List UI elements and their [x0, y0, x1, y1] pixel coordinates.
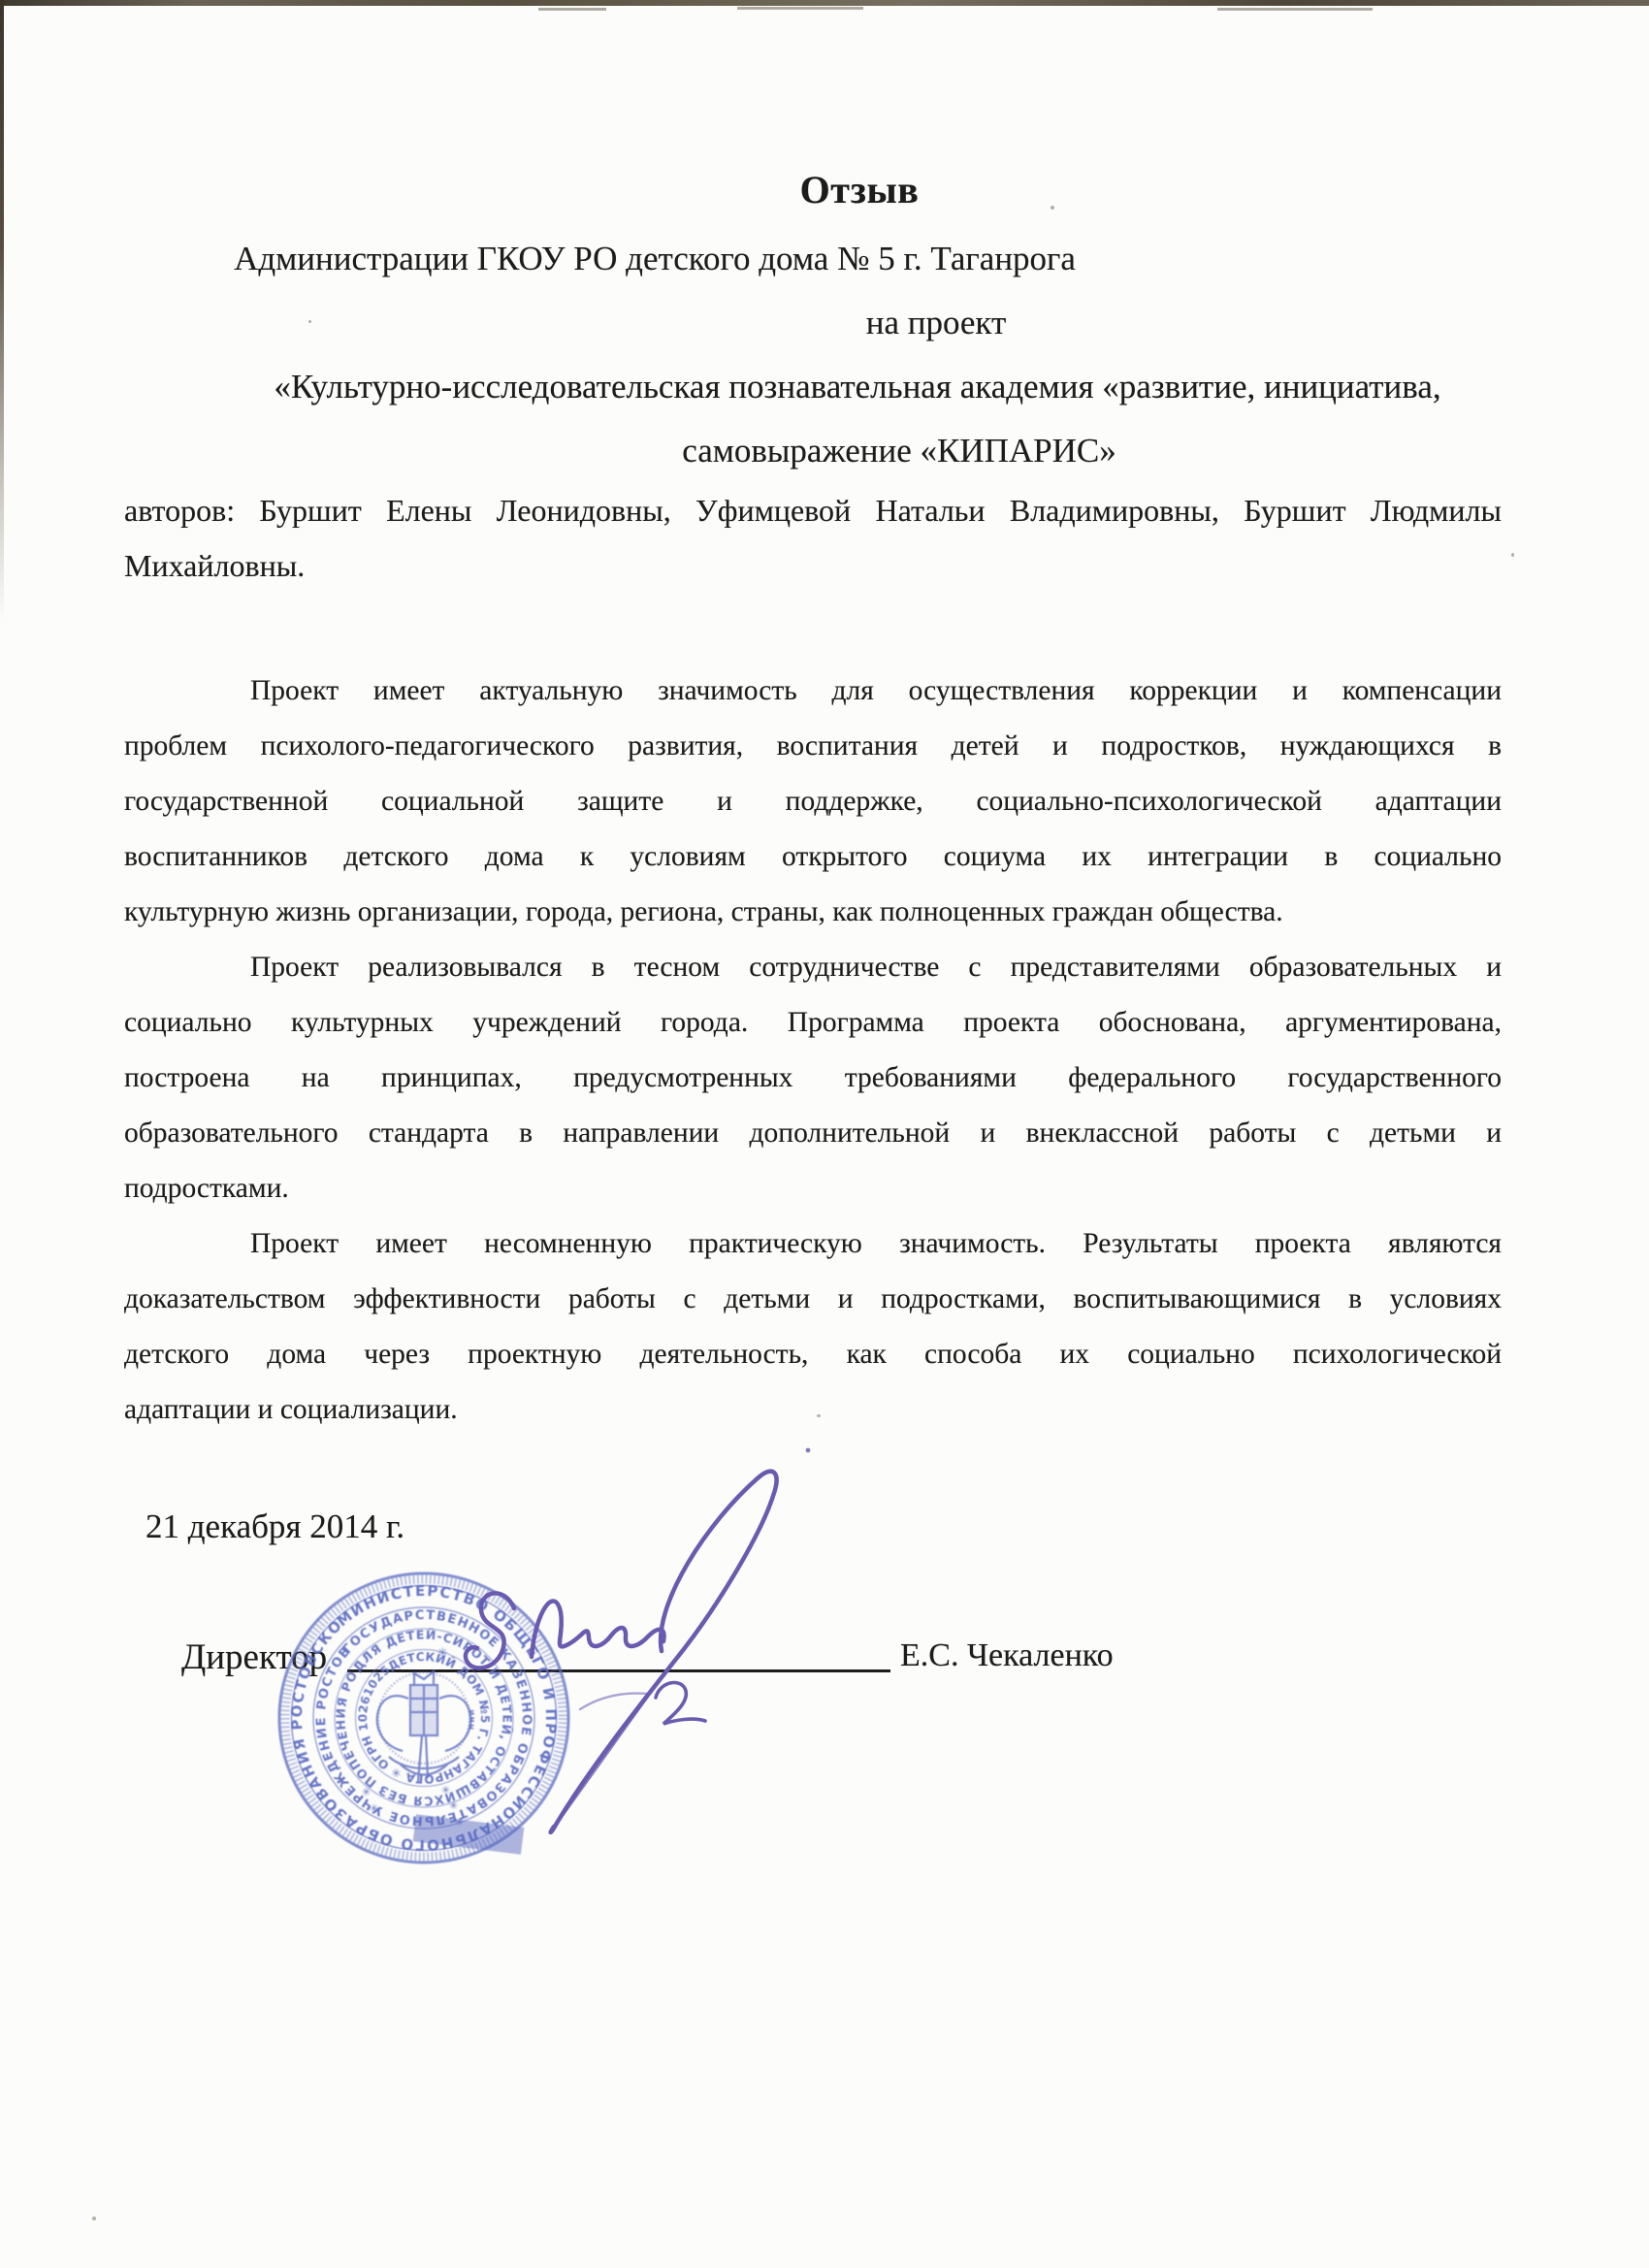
- paragraph-line: детского дома через проектную деятельнос…: [124, 1327, 1502, 1382]
- authors-line: авторов: Буршит Елены Леонидовны, Уфимце…: [124, 483, 1502, 538]
- header-line-project-title-2: самовыражение «КИПАРИС»: [210, 434, 1588, 469]
- stamp-asterisk: ✳: [370, 1802, 378, 1815]
- paragraph-line: образовательного стандарта в направлении…: [124, 1106, 1502, 1161]
- scan-artifact: [737, 7, 863, 10]
- paragraph-line: подростками.: [124, 1161, 1502, 1216]
- header-line-subject: на проект: [247, 306, 1625, 340]
- paragraph-line: построена на принципах, предусмотренных …: [124, 1051, 1502, 1106]
- scanned-review-page: Отзыв Администрации ГКОУ РО детского дом…: [0, 0, 1649, 2268]
- signature-capital-letter: [466, 1593, 514, 1668]
- paragraph-2: Проект реализовывался в тесном сотруднич…: [124, 940, 1502, 1216]
- scan-artifact: [1217, 8, 1373, 11]
- signature-flourish-2: [656, 1683, 705, 1724]
- scan-edge-left: [0, 0, 4, 621]
- paragraph-line: культурную жизнь организации, города, ре…: [124, 885, 1502, 940]
- ink-dot: [806, 1448, 811, 1453]
- paragraph-line: Проект реализовывался в тесном сотруднич…: [124, 940, 1502, 995]
- header-line-addressee: Администрации ГКОУ РО детского дома № 5 …: [0, 242, 1343, 276]
- signature-cursive-letters: [532, 1601, 664, 1657]
- authors-block: авторов: Буршит Елены Леонидовны, Уфимце…: [124, 483, 1502, 594]
- stamp-asterisk: ✳: [362, 1786, 371, 1798]
- paragraph-line: социально культурных учреждений города. …: [124, 995, 1502, 1051]
- paragraph-line: государственной социальной защите и подд…: [124, 774, 1502, 829]
- paragraph-line: воспитанников детского дома к условиям о…: [124, 829, 1502, 885]
- authors-line: Михайловны.: [124, 538, 1502, 594]
- scan-artifact: [538, 8, 606, 11]
- paragraph-line: проблем психолого-педагогического развит…: [124, 719, 1502, 774]
- paragraph-line: Проект имеет актуальную значимость для о…: [124, 664, 1502, 719]
- scan-edge-top: [0, 0, 1649, 6]
- paragraph-1: Проект имеет актуальную значимость для о…: [124, 664, 1502, 940]
- paragraph-line: доказательством эффективности работы с д…: [124, 1272, 1502, 1327]
- document-body: Отзыв Администрации ГКОУ РО детского дом…: [124, 160, 1502, 1546]
- signature-return-stroke: [558, 1680, 660, 1822]
- header-line-project-title: «Культурно-исследовательская познаватель…: [169, 370, 1546, 405]
- document-title: Отзыв: [171, 170, 1548, 211]
- handwritten-signature: [417, 1397, 1038, 1940]
- scan-speck: [92, 2217, 96, 2220]
- paragraph-line: Проект имеет несомненную практическую зн…: [124, 1216, 1502, 1272]
- signature-loop-stroke: [551, 1472, 777, 1832]
- scan-speck: [1511, 553, 1514, 557]
